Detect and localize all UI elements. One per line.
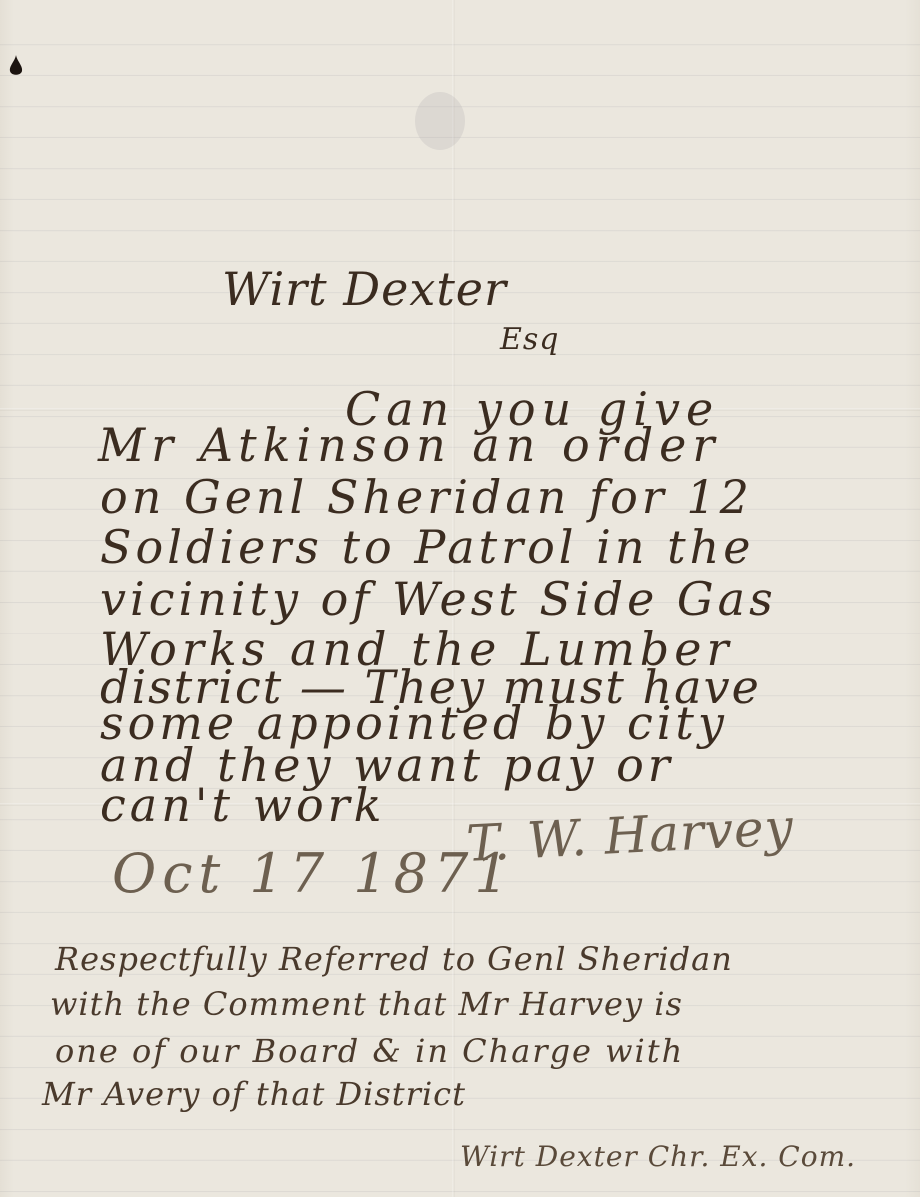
endorsement-line-1: Respectfully Referred to Genl Sheridan [55,940,733,978]
paper-stain [415,92,465,150]
endorsement-line-3: one of our Board & in Charge with [55,1032,684,1070]
letter-page: Wirt Dexter Esq Can you give Mr Atkinson… [0,0,920,1197]
endorsement-signature: Wirt Dexter Chr. Ex. Com. [460,1140,856,1173]
body-line-5: vicinity of West Side Gas [100,572,777,626]
ink-blot-icon [9,55,23,77]
letter-date: Oct 17 1871 [112,842,515,905]
body-line-2: Mr Atkinson an order [98,418,720,472]
body-line-4: Soldiers to Patrol in the [100,520,754,574]
endorsement-line-2: with the Comment that Mr Harvey is [50,985,683,1023]
body-line-10: can't work [100,778,386,832]
body-line-3: on Genl Sheridan for 12 [100,470,753,524]
addressee-name: Wirt Dexter [222,262,507,316]
addressee-title: Esq [500,322,560,357]
endorsement-line-4: Mr Avery of that District [42,1075,466,1113]
